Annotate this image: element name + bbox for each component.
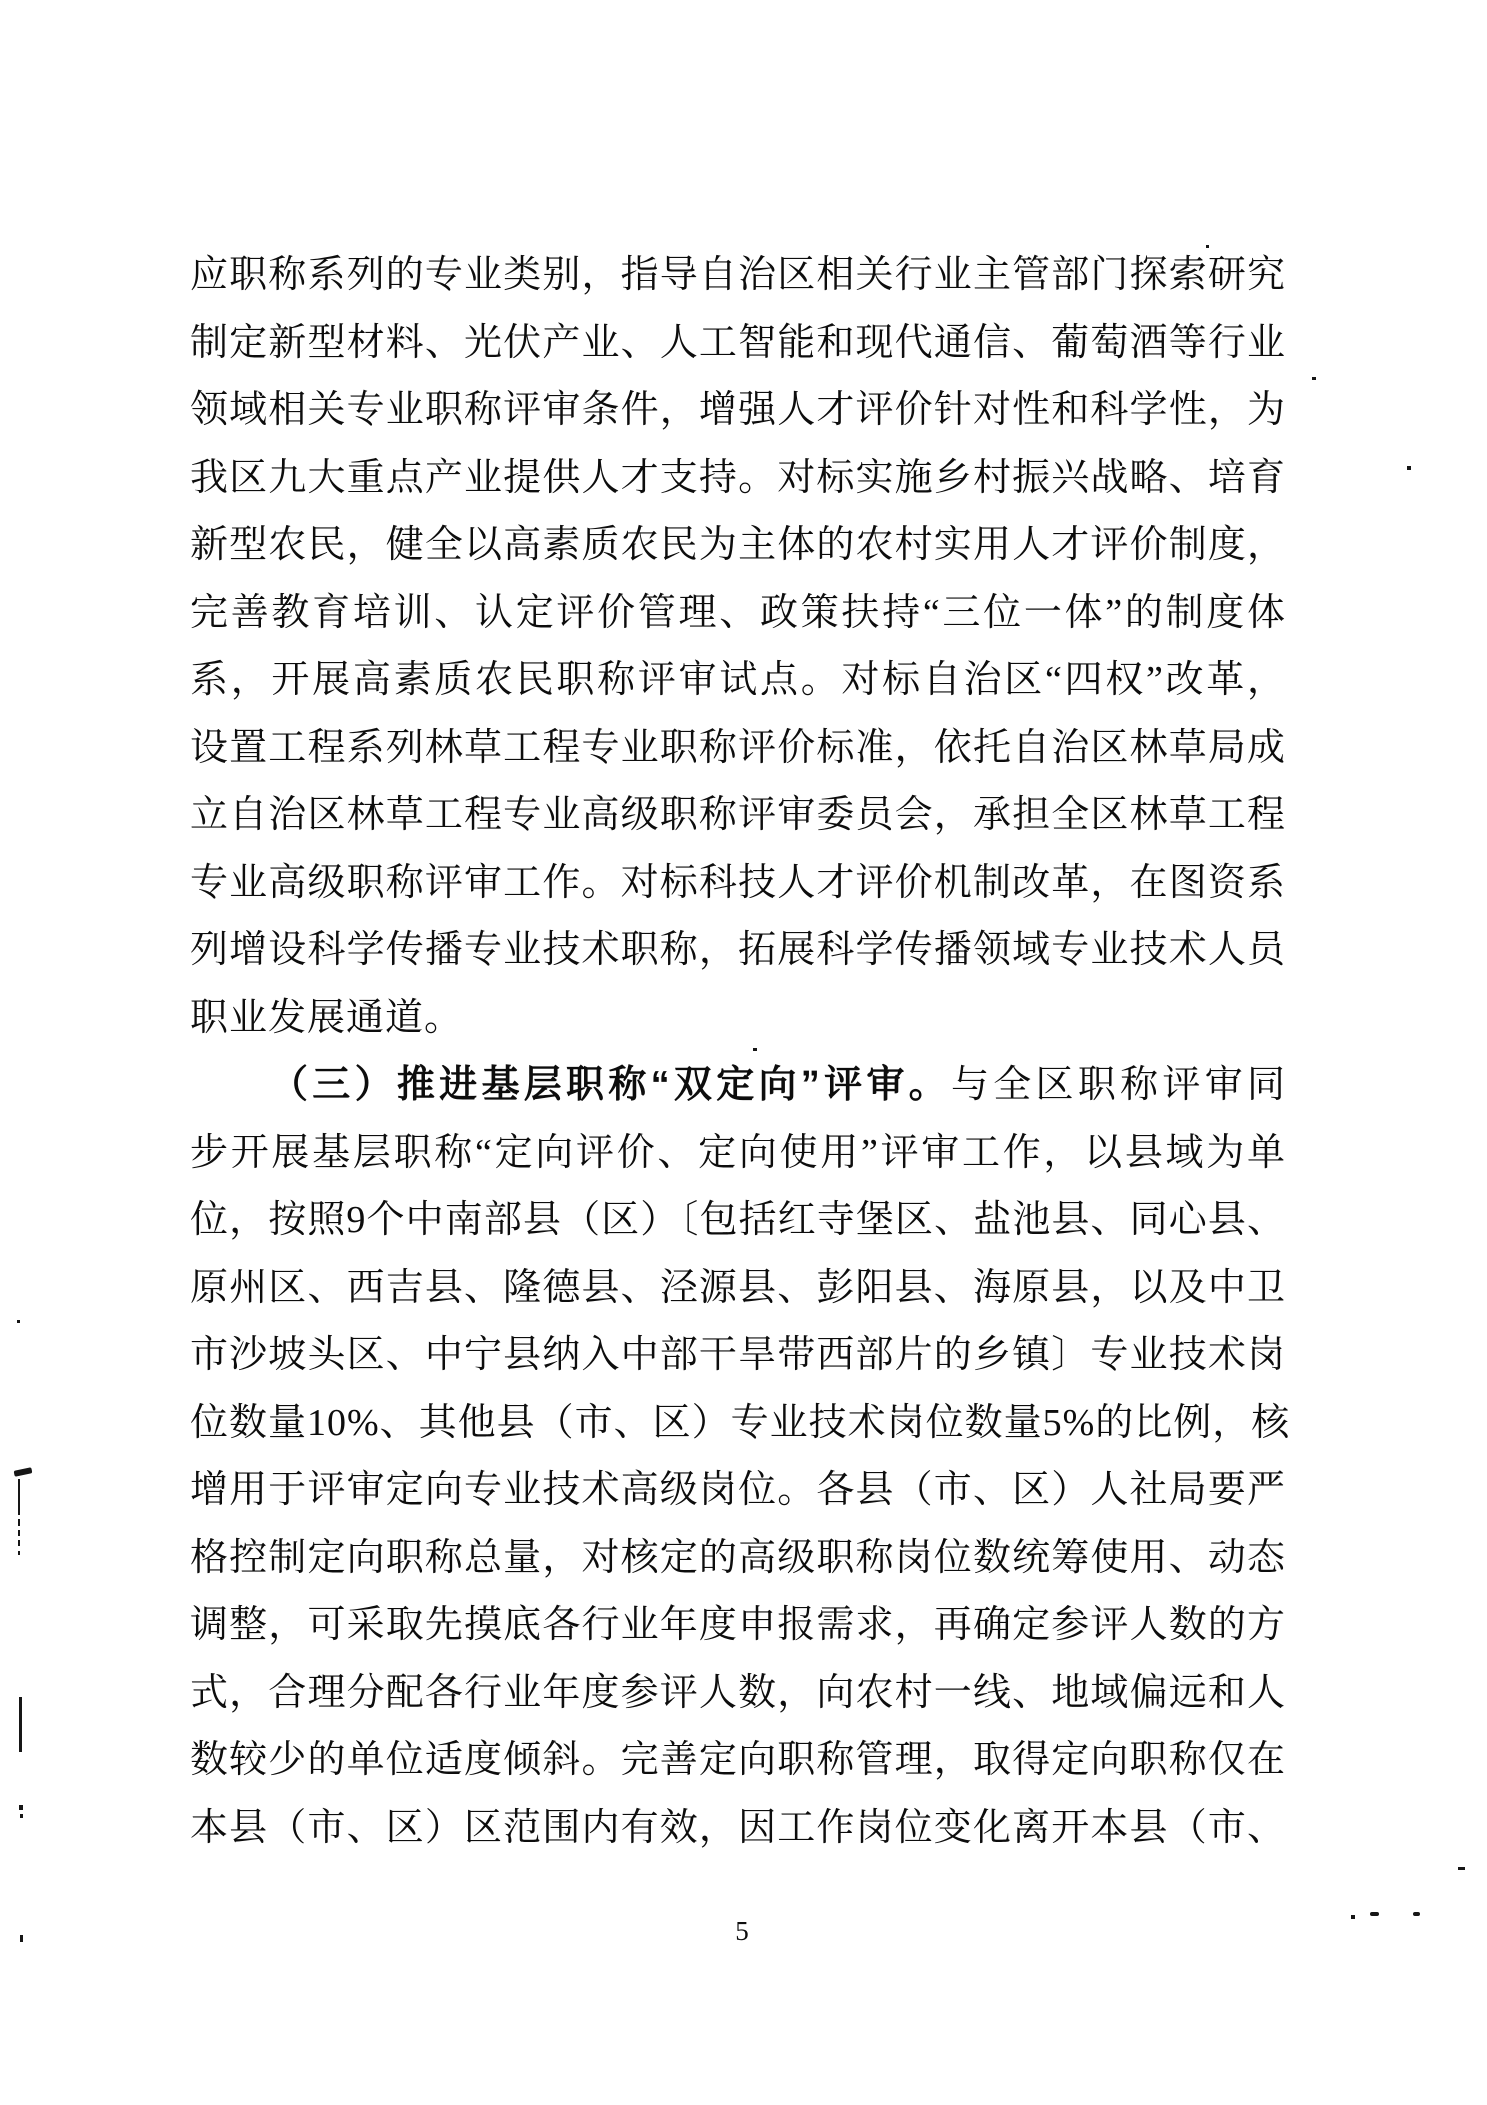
text-line-18: 位数量10%、其他县（市、区）专业技术岗位数量5%的比例，核 (190, 1390, 1286, 1458)
text-line-8: 设置工程系列林草工程专业职称评价标准，依托自治区林草局成 (190, 715, 1286, 783)
line-text: 本县（市、区）区范围内有效，因工作岗位变化离开本县（市、 (190, 1807, 1286, 1849)
scan-speck (1370, 1912, 1379, 1916)
text-line-22: 式，合理分配各行业年度参评人数，向农村一线、地域偏远和人 (190, 1660, 1286, 1728)
scan-speck (1206, 245, 1209, 248)
text-line-23: 数较少的单位适度倾斜。完善定向职称管理，取得定向职称仅在 (190, 1727, 1286, 1795)
scan-line (19, 1697, 22, 1752)
text-line-1: 应职称系列的专业类别，指导自治区相关行业主管部门探索研究 (190, 242, 1286, 310)
text-line-11: 列增设科学传播专业技术职称，拓展科学传播领域专业技术人员 (190, 917, 1286, 985)
scan-speck (1458, 1867, 1465, 1870)
body-text: 应职称系列的专业类别，指导自治区相关行业主管部门探索研究 制定新型材料、光伏产业… (190, 242, 1286, 1862)
line-text: 应职称系列的专业类别，指导自治区相关行业主管部门探索研究 (190, 254, 1286, 296)
line-text: 调整，可采取先摸底各行业年度申报需求，再确定参评人数的方 (190, 1604, 1286, 1646)
text-line-10: 专业高级职称评审工作。对标科技人才评价机制改革，在图资系 (190, 850, 1286, 918)
scan-line (18, 1530, 20, 1536)
line-text: 位数量10%、其他县（市、区）专业技术岗位数量5%的比例，核 (190, 1402, 1290, 1444)
line-text: 完善教育培训、认定评价管理、政策扶持“三位一体”的制度体 (190, 592, 1286, 634)
line-text: 步开展基层职称“定向评价、定向使用”评审工作，以县域为单 (190, 1132, 1286, 1174)
text-line-6: 完善教育培训、认定评价管理、政策扶持“三位一体”的制度体 (190, 580, 1286, 648)
text-line-12: 职业发展通道。 (190, 985, 1286, 1053)
line-text: 制定新型材料、光伏产业、人工智能和现代通信、葡萄酒等行业 (190, 322, 1286, 364)
text-line-9: 立自治区林草工程专业高级职称评审委员会，承担全区林草工程 (190, 782, 1286, 850)
line-text: 立自治区林草工程专业高级职称评审委员会，承担全区林草工程 (190, 794, 1286, 836)
text-line-13: （三）推进基层职称“双定向”评审。与全区职称评审同 (190, 1052, 1286, 1120)
scan-speck (20, 1935, 23, 1942)
scan-speck (17, 1320, 20, 1323)
scan-line (18, 1479, 20, 1515)
line-text: 位，按照9个中南部县（区）〔包括红寺堡区、盐池县、同心县、 (190, 1199, 1286, 1241)
text-line-16: 原州区、西吉县、隆德县、泾源县、彭阳县、海原县，以及中卫 (190, 1255, 1286, 1323)
text-line-17: 市沙坡头区、中宁县纳入中部干旱带西部片的乡镇〕专业技术岗 (190, 1322, 1286, 1390)
scan-speck (20, 1814, 23, 1818)
line-text: 式，合理分配各行业年度参评人数，向农村一线、地域偏远和人 (190, 1672, 1286, 1714)
line-text: 系，开展高素质农民职称评审试点。对标自治区“四权”改革， (190, 659, 1286, 701)
text-line-24: 本县（市、区）区范围内有效，因工作岗位变化离开本县（市、 (190, 1795, 1286, 1863)
document-page: 应职称系列的专业类别，指导自治区相关行业主管部门探索研究 制定新型材料、光伏产业… (0, 0, 1487, 2105)
line-text: 增用于评审定向专业技术高级岗位。各县（市、区）人社局要严 (190, 1469, 1286, 1511)
line-text: 数较少的单位适度倾斜。完善定向职称管理，取得定向职称仅在 (190, 1739, 1286, 1781)
scan-line (18, 1519, 20, 1526)
page-number: 5 (714, 1916, 770, 1947)
text-line-15: 位，按照9个中南部县（区）〔包括红寺堡区、盐池县、同心县、 (190, 1187, 1286, 1255)
scan-speck (753, 1048, 757, 1051)
line-text: 设置工程系列林草工程专业职称评价标准，依托自治区林草局成 (190, 727, 1286, 769)
scan-speck (1413, 1912, 1420, 1916)
text-line-3: 领域相关专业职称评审条件，增强人才评价针对性和科学性，为 (190, 377, 1286, 445)
line-text: 市沙坡头区、中宁县纳入中部干旱带西部片的乡镇〕专业技术岗 (190, 1334, 1286, 1376)
scan-speck (1407, 466, 1411, 470)
text-line-20: 格控制定向职称总量，对核定的高级职称岗位数统筹使用、动态 (190, 1525, 1286, 1593)
line-text: 领域相关专业职称评审条件，增强人才评价针对性和科学性，为 (190, 389, 1286, 431)
section-heading: （三）推进基层职称“双定向”评审。 (270, 1064, 951, 1106)
line-text: 与全区职称评审同 (951, 1064, 1286, 1106)
scan-speck (1351, 1915, 1355, 1919)
scan-speck (19, 1805, 23, 1810)
line-text: 列增设科学传播专业技术职称，拓展科学传播领域专业技术人员 (190, 929, 1286, 971)
scan-speck (1312, 377, 1316, 380)
scan-speck (18, 1551, 20, 1555)
text-line-21: 调整，可采取先摸底各行业年度申报需求，再确定参评人数的方 (190, 1592, 1286, 1660)
line-text: 职业发展通道。 (190, 997, 463, 1039)
text-line-14: 步开展基层职称“定向评价、定向使用”评审工作，以县域为单 (190, 1120, 1286, 1188)
text-line-5: 新型农民，健全以高素质农民为主体的农村实用人才评价制度， (190, 512, 1286, 580)
line-text: 原州区、西吉县、隆德县、泾源县、彭阳县、海原县，以及中卫 (190, 1267, 1286, 1309)
line-text: 新型农民，健全以高素质农民为主体的农村实用人才评价制度， (190, 524, 1286, 566)
scan-speck (14, 1467, 33, 1477)
line-text: 格控制定向职称总量，对核定的高级职称岗位数统筹使用、动态 (190, 1537, 1286, 1579)
line-text: 我区九大重点产业提供人才支持。对标实施乡村振兴战略、培育 (190, 457, 1286, 499)
text-line-2: 制定新型材料、光伏产业、人工智能和现代通信、葡萄酒等行业 (190, 310, 1286, 378)
text-line-7: 系，开展高素质农民职称评审试点。对标自治区“四权”改革， (190, 647, 1286, 715)
text-line-4: 我区九大重点产业提供人才支持。对标实施乡村振兴战略、培育 (190, 445, 1286, 513)
text-line-19: 增用于评审定向专业技术高级岗位。各县（市、区）人社局要严 (190, 1457, 1286, 1525)
scan-line (18, 1540, 20, 1546)
line-text: 专业高级职称评审工作。对标科技人才评价机制改革，在图资系 (190, 862, 1286, 904)
